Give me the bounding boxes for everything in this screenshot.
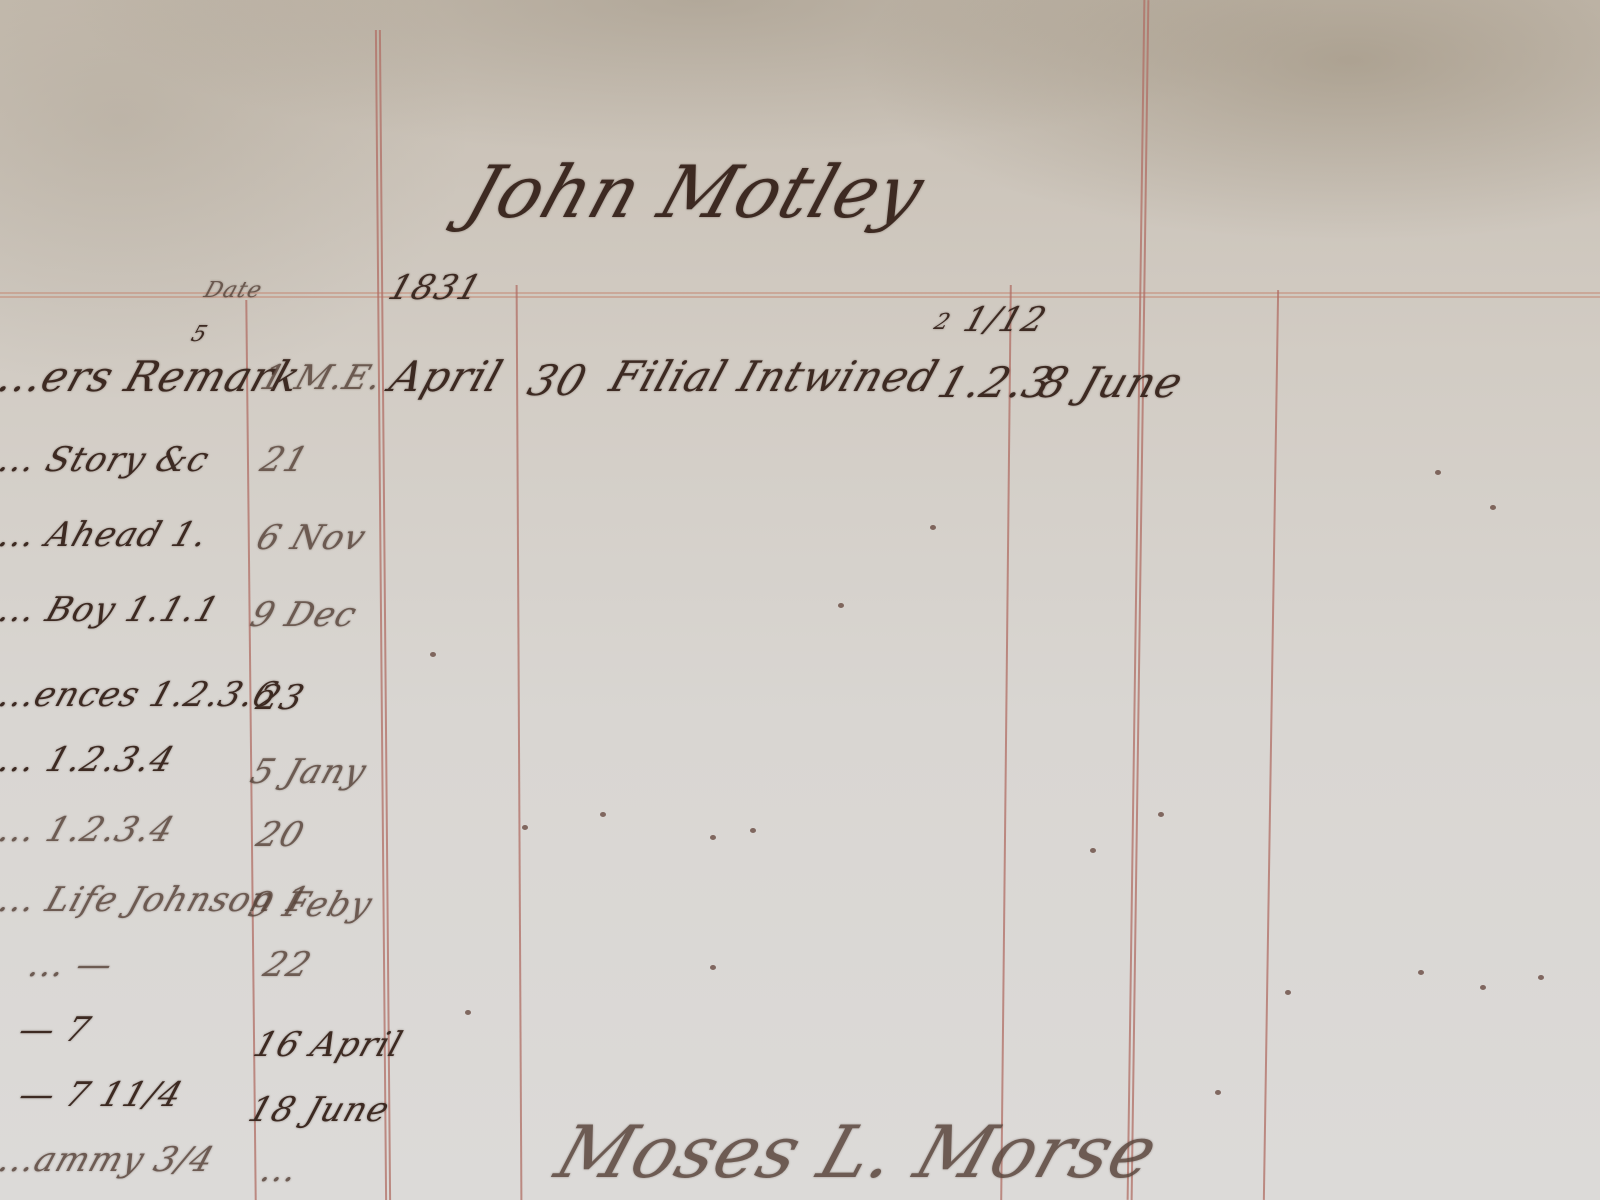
ink-speck bbox=[522, 825, 528, 830]
ink-speck bbox=[1158, 812, 1164, 817]
entry-date: ... bbox=[256, 1150, 304, 1190]
ink-speck bbox=[1285, 990, 1291, 995]
column-rule-description bbox=[1000, 285, 1012, 1200]
entry-row: — 7 11/4 bbox=[14, 1075, 189, 1115]
column-rule-amount bbox=[1127, 0, 1150, 1200]
entry-date: 16 April bbox=[249, 1025, 408, 1065]
ink-speck bbox=[750, 828, 756, 833]
entry-date: 22 bbox=[259, 945, 317, 985]
ink-speck bbox=[1090, 848, 1096, 853]
entry-row: ... 1.2.3.4 bbox=[0, 740, 180, 780]
entry-row: ... Boy 1.1.1 bbox=[0, 590, 225, 630]
ink-speck bbox=[838, 603, 844, 608]
ink-speck bbox=[1418, 970, 1424, 975]
account-heading: John Motley bbox=[456, 150, 934, 234]
ink-speck bbox=[1215, 1090, 1221, 1095]
ink-speck bbox=[430, 652, 436, 657]
entry-row: ... Story &c bbox=[0, 440, 215, 480]
entry-date: 9 Dec bbox=[246, 595, 363, 635]
entry-date: 5 Jany bbox=[246, 752, 372, 792]
year-annotation: 1831 bbox=[384, 268, 488, 308]
entry-row: ...ammy 3/4 bbox=[0, 1140, 219, 1180]
entry-row: ... Ahead 1. bbox=[0, 515, 214, 555]
entry-row: ... — bbox=[24, 945, 119, 985]
ink-speck bbox=[710, 835, 716, 840]
ink-speck bbox=[930, 525, 936, 530]
ink-speck bbox=[1435, 470, 1441, 475]
column-rule-month bbox=[516, 285, 523, 1200]
entry-date: 18 June bbox=[244, 1090, 396, 1130]
ink-speck bbox=[1538, 975, 1544, 980]
entry-description: Filial Intwined bbox=[604, 352, 945, 401]
entry-row: ...ences 1.2.3.6 bbox=[0, 675, 283, 715]
date-fragment: Date bbox=[201, 278, 266, 303]
ink-speck bbox=[600, 812, 606, 817]
ink-speck bbox=[1490, 505, 1496, 510]
ledger-page: John Motley Date 1831 5 ...ers Remark 1 … bbox=[0, 0, 1600, 1200]
entry-code: 1 M.E. bbox=[256, 358, 389, 398]
entry-date: 20 bbox=[252, 815, 310, 855]
date-right: 8 June bbox=[1032, 358, 1190, 407]
ink-speck bbox=[465, 1010, 471, 1015]
entry-date: 21 bbox=[256, 440, 314, 480]
column-rule-right bbox=[1263, 290, 1279, 1200]
entry-row: — 7 bbox=[14, 1010, 96, 1050]
ink-speck bbox=[1480, 985, 1486, 990]
ink-speck bbox=[710, 965, 716, 970]
day-30: 30 bbox=[522, 356, 593, 405]
superscript-2: 2 bbox=[931, 310, 954, 335]
entry-row: ... 1.2.3.4 bbox=[0, 810, 180, 850]
entry-date: 6 Nov bbox=[252, 518, 372, 558]
footer-signature: Moses L. Morse bbox=[546, 1110, 1168, 1194]
entry-date: 9 Feby bbox=[244, 885, 378, 925]
amount-note: 1/12 bbox=[959, 300, 1052, 340]
month-april: April bbox=[384, 352, 509, 401]
superscript-5: 5 bbox=[188, 322, 211, 347]
